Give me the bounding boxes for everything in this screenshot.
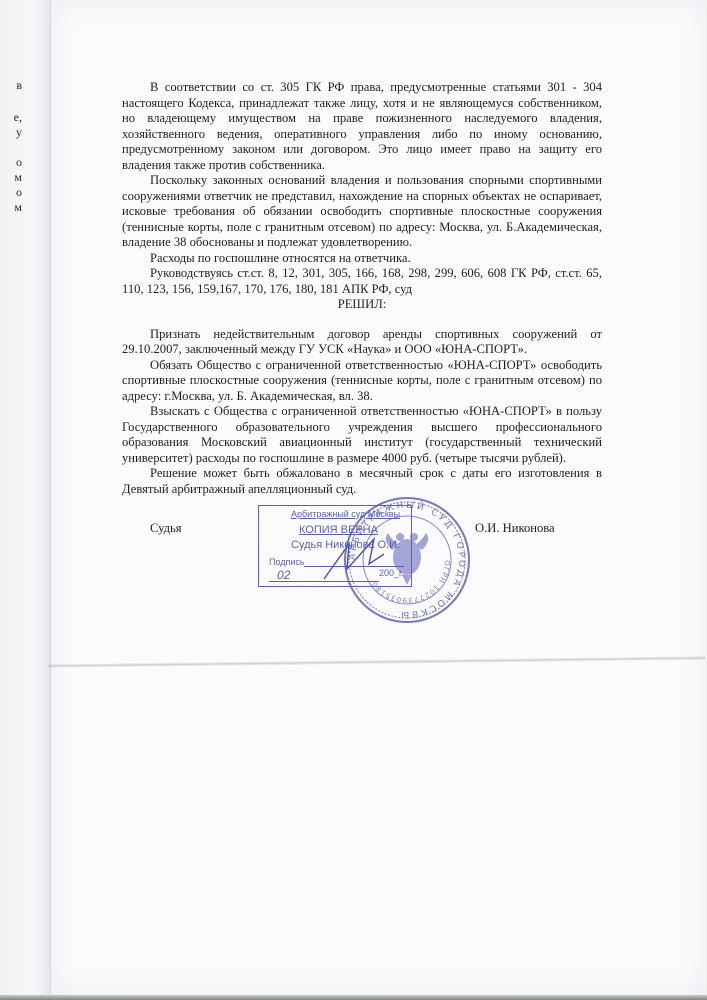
decision-appeal-notice: Решение может быть обжаловано в месячный…: [122, 466, 602, 497]
stamp-signature-label: Подпись: [269, 557, 305, 567]
paragraph-reasoning: Поскольку законных оснований владения и …: [122, 173, 602, 251]
paragraph-costs: Расходы по госпошлине относятся на ответ…: [122, 251, 602, 267]
margin-text-fragment: у: [2, 125, 22, 140]
page-bottom-edge: [0, 995, 707, 1000]
decision-invalidate-lease: Признать недействительным договор аренды…: [122, 327, 602, 358]
judge-label: Судья: [150, 521, 182, 536]
margin-text-fragment: в: [2, 78, 22, 93]
judge-name: О.И. Никонова: [475, 521, 555, 536]
document-body: В соответствии со ст. 305 ГК РФ права, п…: [122, 80, 602, 497]
margin-text-fragment: м: [2, 170, 22, 185]
margin-text-fragment: е,: [2, 110, 22, 125]
margin-text-fragment: м: [2, 200, 22, 215]
court-seal-icon: АРБИТРАЖНЫЙ СУД ГОРОДА МОСКВЫ ОГРН 10277…: [342, 495, 472, 625]
stamp-date-day: 02: [277, 568, 290, 582]
paragraph-guided-by: Руководствуясь ст.ст. 8, 12, 301, 305, 1…: [122, 266, 602, 297]
decision-vacate-premises: Обязать Общество с ограниченной ответств…: [122, 358, 602, 405]
decision-heading: РЕШИЛ:: [122, 297, 602, 313]
previous-page-edge: ве,уомом: [0, 0, 50, 1000]
margin-text-fragment: о: [2, 155, 22, 170]
decision-recover-costs: Взыскать с Общества с ограниченной ответ…: [122, 404, 602, 466]
margin-text-fragment: о: [2, 185, 22, 200]
paragraph-legal-basis: В соответствии со ст. 305 ГК РФ права, п…: [122, 80, 602, 173]
